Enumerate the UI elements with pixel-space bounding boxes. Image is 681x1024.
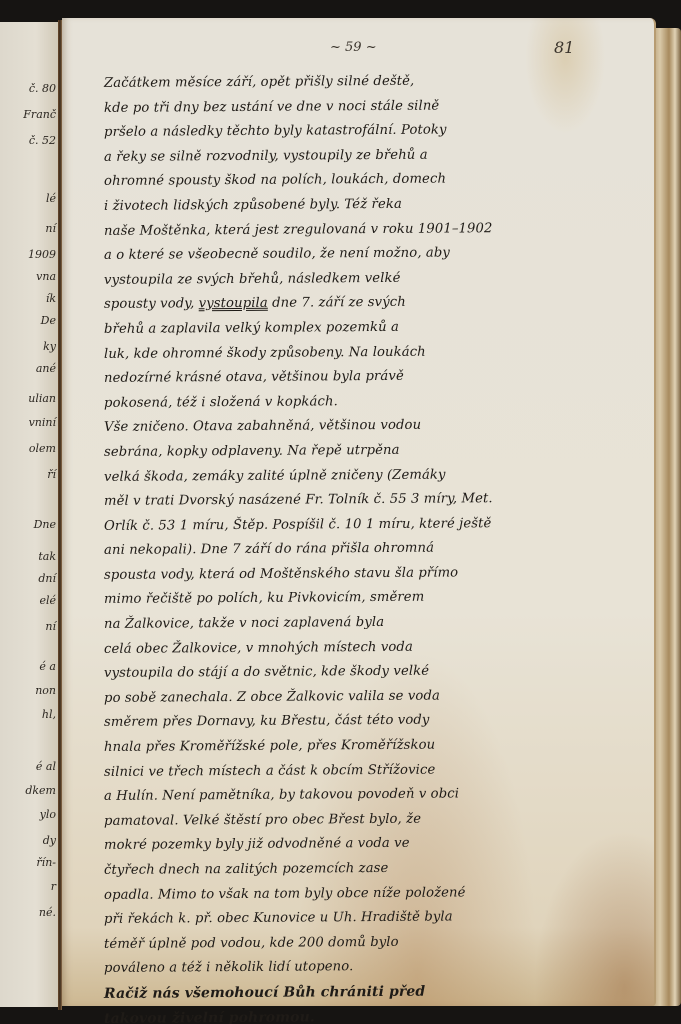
text-line: břehů a zaplavila velký komplex pozemků … [104,314,652,342]
text-line: ohromné spousty škod na polích, loukách,… [104,166,652,194]
left-page-text-fragment: vna [0,270,60,283]
left-page-text-fragment: 1909 [0,248,60,261]
right-page: ~ 59 ~ 81 Začátkem měsíce září, opět při… [62,18,656,1006]
text-line: sebrána, kopky odplaveny. Na řepě utrpěn… [104,437,652,465]
left-page-text-fragment: é al [0,760,60,773]
text-line: nedozírné krásné otava, většinou byla pr… [104,363,652,391]
text-line: spousty vody, vystoupila dne 7. září ze … [104,289,652,317]
left-page-text-fragment: ík [0,292,60,305]
text-line: i životech lidských způsobené byly. Též … [104,191,652,219]
left-page-text-fragment: ulian [0,392,60,405]
handwritten-text-body: Začátkem měsíce září, opět přišly silné … [104,70,652,1024]
left-page-text-fragment: Franč [0,108,60,121]
left-page-text-fragment: olem [0,442,60,455]
left-page-text-fragment: dy [0,834,60,847]
left-page-text-fragment: ylo [0,808,60,821]
left-page-text-fragment: Dne [0,518,60,531]
left-page-text-fragment: dní [0,572,60,585]
left-page-text-fragment: dkem [0,784,60,797]
underlined-word: vystoupila [199,296,268,311]
text-line: Začátkem měsíce září, opět přišly silné … [104,68,652,96]
left-page-text-fragment: řín- [0,856,60,869]
page-number-corner: 81 [554,38,574,57]
left-page-text-fragment: tak [0,550,60,563]
text-segment: spousty vody, [104,297,199,313]
left-page-text-fragment: hl, [0,708,60,721]
left-page-text-fragment: elé [0,594,60,607]
left-page-text-fragment: ky [0,340,60,353]
text-line-closing: takovou živelní pohromou. [104,1003,652,1024]
text-line: Vše zničeno. Otava zabahněná, většinou v… [104,412,652,440]
left-page-text-fragment: č. 80 [0,82,60,95]
left-page-text-fragment: non [0,684,60,697]
text-line: při řekách k. př. obec Kunovice u Uh. Hr… [104,904,652,932]
left-page-text-fragment: ané [0,362,60,375]
left-page-text-fragment: vniní [0,416,60,429]
text-line: vystoupila do stájí a do světnic, kde šk… [104,658,652,686]
left-page-text-fragment: ní [0,222,60,235]
text-line: a o které se všeobecně soudilo, že není … [104,240,652,268]
text-line: pováleno a též i několik lidí utopeno. [104,953,652,981]
left-page-text-fragment: lé [0,192,60,205]
left-page: č. 80Frančč. 52léní1909vnaíkDekyanéulian… [0,22,60,1007]
left-page-text-fragment: ří [0,468,60,481]
text-line: měl v trati Dvorský nasázené Fr. Tolník … [104,486,652,514]
text-line: pršelo a následky těchto byly katastrofá… [104,117,652,145]
text-line: ani nekopali). Dne 7 září do rána přišla… [104,535,652,563]
text-line: na Žalkovice, takže v noci zaplavená byl… [104,609,652,637]
text-line: a Hulín. Není pamětníka, by takovou povo… [104,781,652,809]
text-line: čtyřech dnech na zalitých pozemcích zase [104,855,652,883]
page-number-center: ~ 59 ~ [330,40,377,55]
left-page-text-fragment: č. 52 [0,134,60,147]
left-page-text-fragment: De [0,314,60,327]
left-page-text-fragment: ní [0,620,60,633]
left-page-text-fragment: r [0,880,60,893]
text-line-closing: Račiž nás všemohoucí Bůh chrániti před [104,978,652,1006]
text-line: hnala přes Kroměřížské pole, přes Kroměř… [104,732,652,760]
left-page-text-fragment: é a [0,660,60,673]
left-page-text-fragment: né. [0,906,60,919]
text-line: mokré pozemky byly již odvodněné a voda … [104,830,652,858]
text-segment: dne 7. září ze svých [268,295,406,311]
